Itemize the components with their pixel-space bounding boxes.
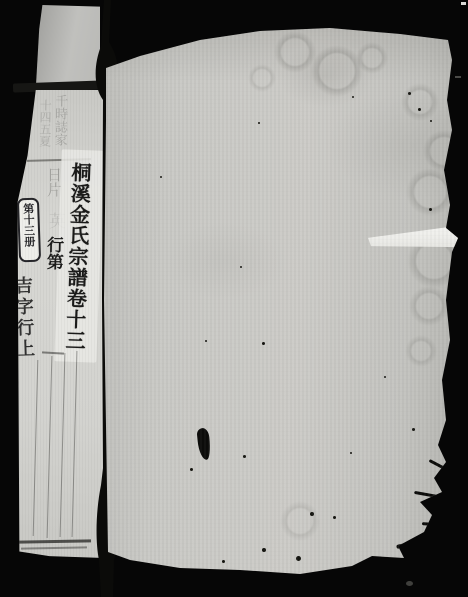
volume-number-stamp: 第十三册 <box>17 198 41 263</box>
worm-hole-speck <box>243 455 246 458</box>
worm-hole-speck <box>333 516 336 519</box>
worm-hole-speck <box>205 340 207 342</box>
dust-speck <box>406 581 413 586</box>
book-cover <box>100 26 462 576</box>
paper-strip-bookmark <box>368 225 462 249</box>
worm-hole-speck <box>352 96 354 98</box>
page-edge-line <box>72 351 78 537</box>
worm-hole-speck <box>384 376 386 378</box>
worm-hole-speck <box>430 120 432 122</box>
worm-hole-speck <box>412 428 415 431</box>
faint-stamp-marks: 日片 <box>46 167 61 197</box>
worm-hole-speck <box>222 560 225 563</box>
worm-hole-speck <box>408 92 411 95</box>
worm-hole-speck <box>296 556 301 561</box>
worm-hole-speck <box>240 266 242 268</box>
worm-hole-speck <box>350 452 352 454</box>
ink-blot <box>196 427 211 460</box>
worm-hole-speck <box>418 108 421 111</box>
photo-of-genealogy-book: 千時誌家 十四五夏 日片 英 桐溪金氏宗譜卷十三 行第 第十三册 吉字行上 <box>0 0 468 597</box>
dust-speck <box>455 76 461 78</box>
page-edge-line <box>47 356 53 538</box>
worm-hole-speck <box>310 512 314 516</box>
spine-category-text: 行第 <box>44 236 62 270</box>
tear-crack <box>396 535 444 549</box>
volume-number-text: 第十三册 <box>23 203 36 247</box>
spine-bottom-rule <box>21 546 87 549</box>
faint-handwriting-right: 千時誌家 <box>53 94 67 146</box>
faint-handwriting-left: 十四五夏 <box>39 99 52 147</box>
page-edge-line <box>33 360 39 536</box>
page-edge-line <box>60 353 66 537</box>
spine-bottom-rule <box>17 539 91 543</box>
tear-crack <box>429 459 450 472</box>
spine-title-text: 桐溪金氏宗譜卷十三 <box>64 162 91 352</box>
tear-crack <box>422 522 448 527</box>
worm-hole-speck <box>190 468 193 471</box>
dust-speck <box>461 2 466 5</box>
worm-hole-speck <box>262 342 265 345</box>
tear-crack <box>414 491 450 500</box>
worm-hole-speck <box>429 208 432 211</box>
worm-hole-speck <box>258 122 260 124</box>
worm-hole-speck <box>160 176 162 178</box>
handwritten-note: 吉字行上 <box>13 276 34 361</box>
worm-hole-speck <box>262 548 266 552</box>
handwritten-tick-line <box>42 351 64 354</box>
